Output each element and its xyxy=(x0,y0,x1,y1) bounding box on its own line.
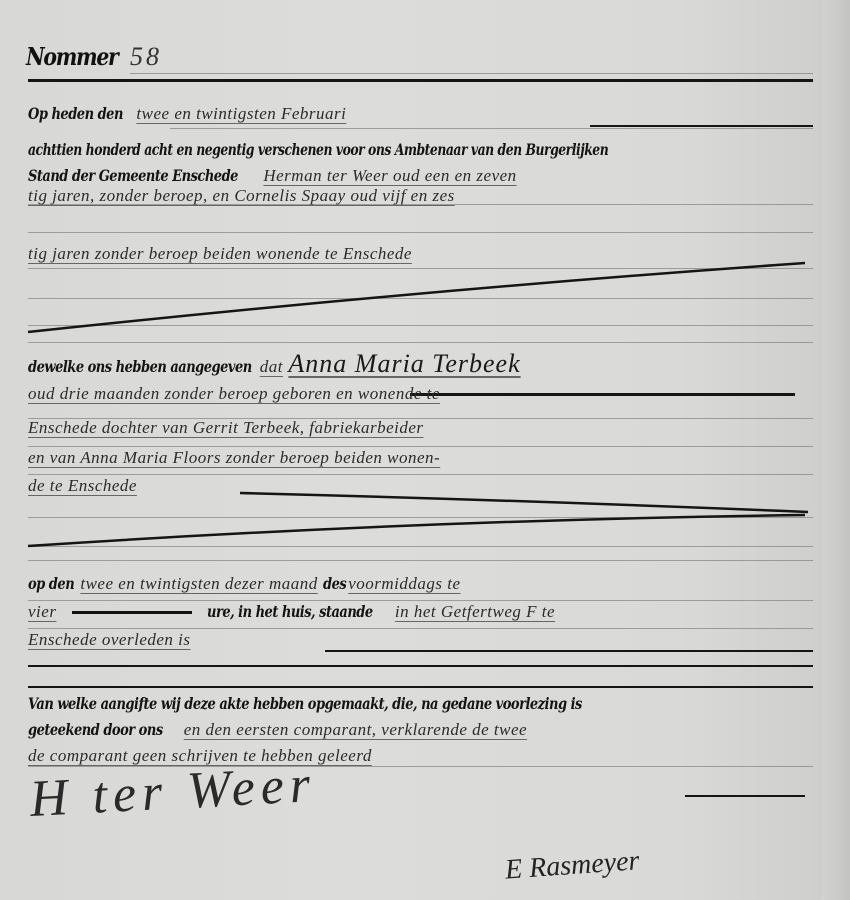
document-page: Nommer 58 Op heden den twee en twintigst… xyxy=(0,0,850,900)
cancellation-strokes xyxy=(0,0,850,900)
